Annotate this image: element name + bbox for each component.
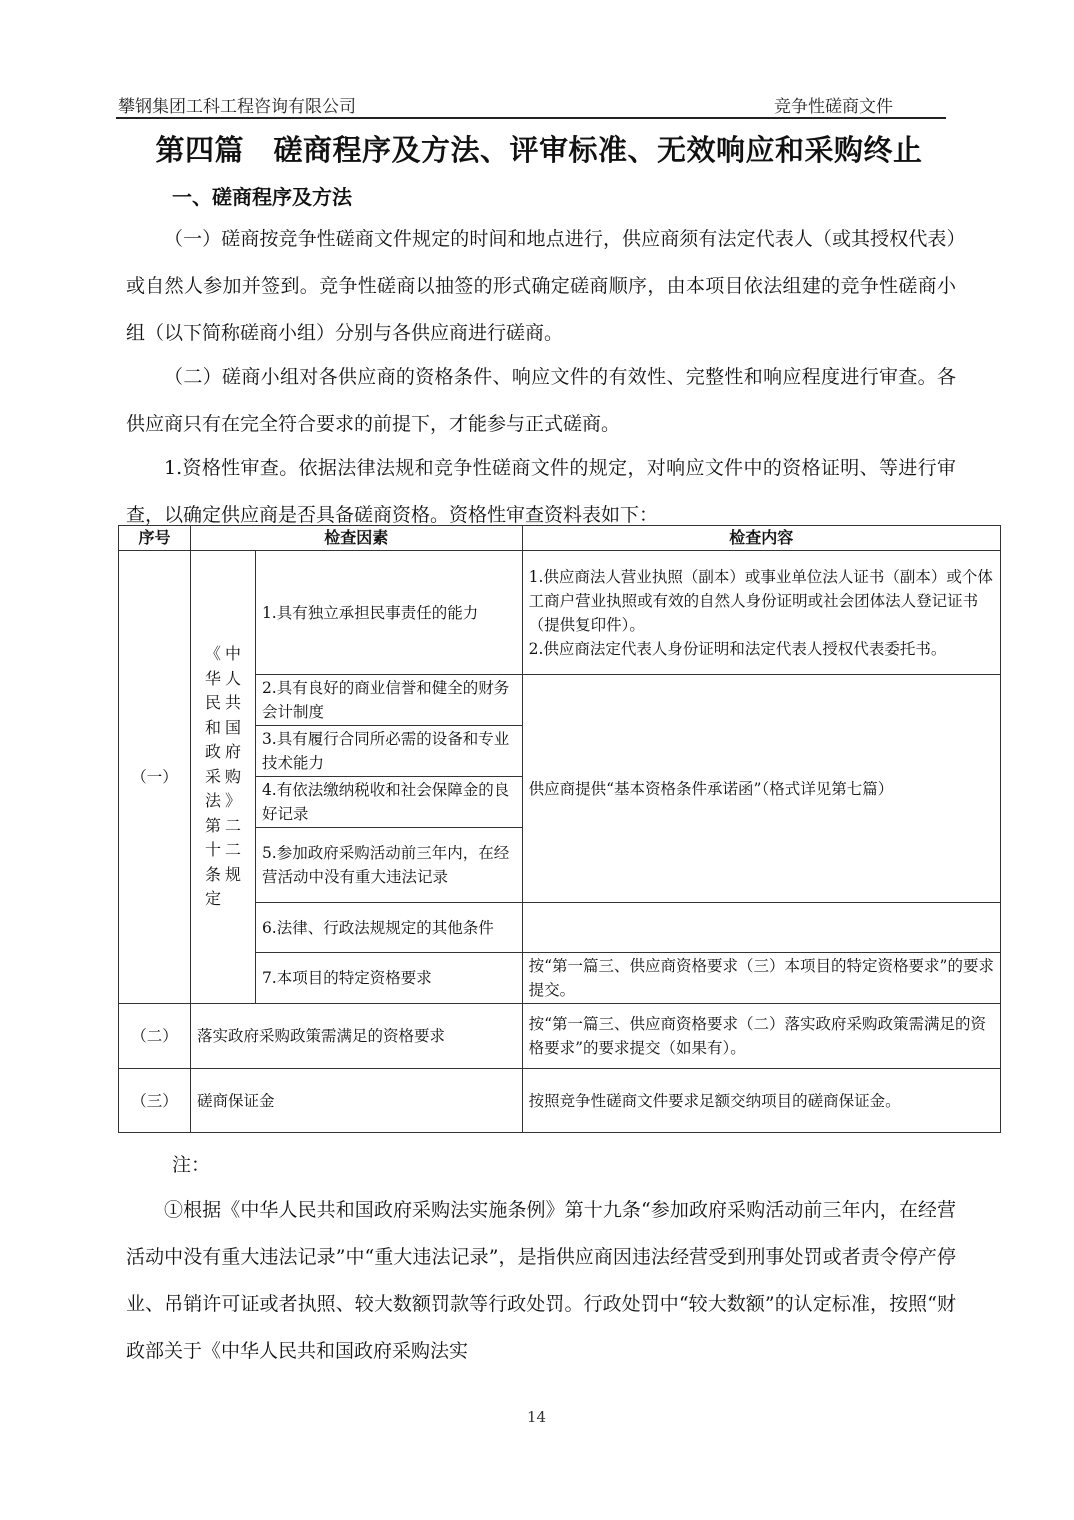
- page-number: 14: [527, 1408, 546, 1426]
- page-title: 第四篇 磋商程序及方法、评审标准、无效响应和采购终止: [116, 128, 962, 169]
- factor-item-5: 5.参加政府采购活动前三年内，在经营活动中没有重大违法记录: [255, 828, 522, 903]
- note-paragraph: ①根据《中华人民共和国政府采购法实施条例》第十九条“参加政府采购活动前三年内，在…: [126, 1187, 956, 1375]
- table-header-row: 序号 检查因素 检查内容: [119, 526, 1001, 551]
- header-no: 序号: [119, 526, 191, 551]
- content-item-6: [522, 903, 1000, 953]
- section-heading: 一、磋商程序及方法: [172, 181, 352, 210]
- legal-basis-char: 第: [203, 814, 223, 839]
- legal-basis-char: 《: [203, 642, 223, 667]
- header-factor: 检查因素: [190, 526, 522, 551]
- legal-basis-char: 二: [223, 814, 243, 839]
- group3-content: 按照竞争性磋商文件要求足额交纳项目的磋商保证金。: [522, 1069, 1000, 1133]
- legal-basis-char: 共: [223, 691, 243, 716]
- header-divider: [116, 117, 946, 119]
- group2-content: 按“第一篇三、供应商资格要求（二）落实政府采购政策需满足的资格要求”的要求提交（…: [522, 1004, 1000, 1069]
- legal-basis-char: 中: [223, 642, 243, 667]
- legal-basis-char: 人: [223, 667, 243, 692]
- group3-factor: 磋商保证金: [190, 1069, 522, 1133]
- legal-basis-char: 二: [223, 838, 243, 863]
- legal-basis-char: [223, 887, 243, 912]
- legal-basis-char: 国: [223, 716, 243, 741]
- factor-item-2: 2.具有良好的商业信誉和健全的财务会计制度: [255, 675, 522, 726]
- factor-item-4: 4.有依法缴纳税收和社会保障金的良好记录: [255, 777, 522, 828]
- content-item-1: 1.供应商法人营业执照（副本）或事业单位法人证书（副本）或个体工商户营业执照或有…: [522, 551, 1000, 675]
- paragraph-1: （一）磋商按竞争性磋商文件规定的时间和地点进行，供应商须有法定代表人（或其授权代…: [126, 216, 956, 357]
- legal-basis-char: 采: [203, 765, 223, 790]
- header-doc-type: 竞争性磋商文件: [774, 92, 893, 117]
- legal-basis-char: 政: [203, 740, 223, 765]
- factor-item-7: 7.本项目的特定资格要求: [255, 953, 522, 1004]
- legal-basis-char: 购: [223, 765, 243, 790]
- factor-item-1: 1.具有独立承担民事责任的能力: [255, 551, 522, 675]
- group1-no: （一）: [119, 551, 191, 1004]
- content-item-1b: 2.供应商法定代表人身份证明和法定代表人授权代表委托书。: [529, 637, 994, 661]
- table-row: （三） 磋商保证金 按照竞争性磋商文件要求足额交纳项目的磋商保证金。: [119, 1069, 1001, 1133]
- legal-basis-char: 府: [223, 740, 243, 765]
- group2-no: （二）: [119, 1004, 191, 1069]
- factor-item-6: 6.法律、行政法规规定的其他条件: [255, 903, 522, 953]
- header-content: 检查内容: [522, 526, 1000, 551]
- table-row: （一） 《中华人民共和国政府采购法》第二十二条规定 1.具有独立承担民事责任的能…: [119, 551, 1001, 675]
- legal-basis-char: 民: [203, 691, 223, 716]
- legal-basis-char: 法: [203, 789, 223, 814]
- legal-basis-vertical-text: 《中华人民共和国政府采购法》第二十二条规定: [203, 642, 243, 912]
- note-label: 注：: [172, 1150, 210, 1177]
- legal-basis-char: 规: [223, 863, 243, 888]
- legal-basis-char: 华: [203, 667, 223, 692]
- group3-no: （三）: [119, 1069, 191, 1133]
- header-company: 攀钢集团工科工程咨询有限公司: [118, 92, 356, 117]
- group2-factor: 落实政府采购政策需满足的资格要求: [190, 1004, 522, 1069]
- content-item-1a: 1.供应商法人营业执照（副本）或事业单位法人证书（副本）或个体工商户营业执照或有…: [529, 565, 994, 637]
- group1-legal-basis: 《中华人民共和国政府采购法》第二十二条规定: [190, 551, 255, 1004]
- legal-basis-char: 》: [223, 789, 243, 814]
- content-items-2-5: 供应商提供“基本资格条件承诺函”（格式详见第七篇）: [522, 675, 1000, 903]
- qualification-review-table: 序号 检查因素 检查内容 （一） 《中华人民共和国政府采购法》第二十二条规定 1…: [118, 525, 1001, 1133]
- paragraph-2: （二）磋商小组对各供应商的资格条件、响应文件的有效性、完整性和响应程度进行审查。…: [126, 354, 956, 448]
- legal-basis-char: 和: [203, 716, 223, 741]
- content-item-7: 按“第一篇三、供应商资格要求（三）本项目的特定资格要求”的要求提交。: [522, 953, 1000, 1004]
- legal-basis-char: 定: [203, 887, 223, 912]
- legal-basis-char: 条: [203, 863, 223, 888]
- factor-item-3: 3.具有履行合同所必需的设备和专业技术能力: [255, 726, 522, 777]
- table-row: （二） 落实政府采购政策需满足的资格要求 按“第一篇三、供应商资格要求（二）落实…: [119, 1004, 1001, 1069]
- legal-basis-char: 十: [203, 838, 223, 863]
